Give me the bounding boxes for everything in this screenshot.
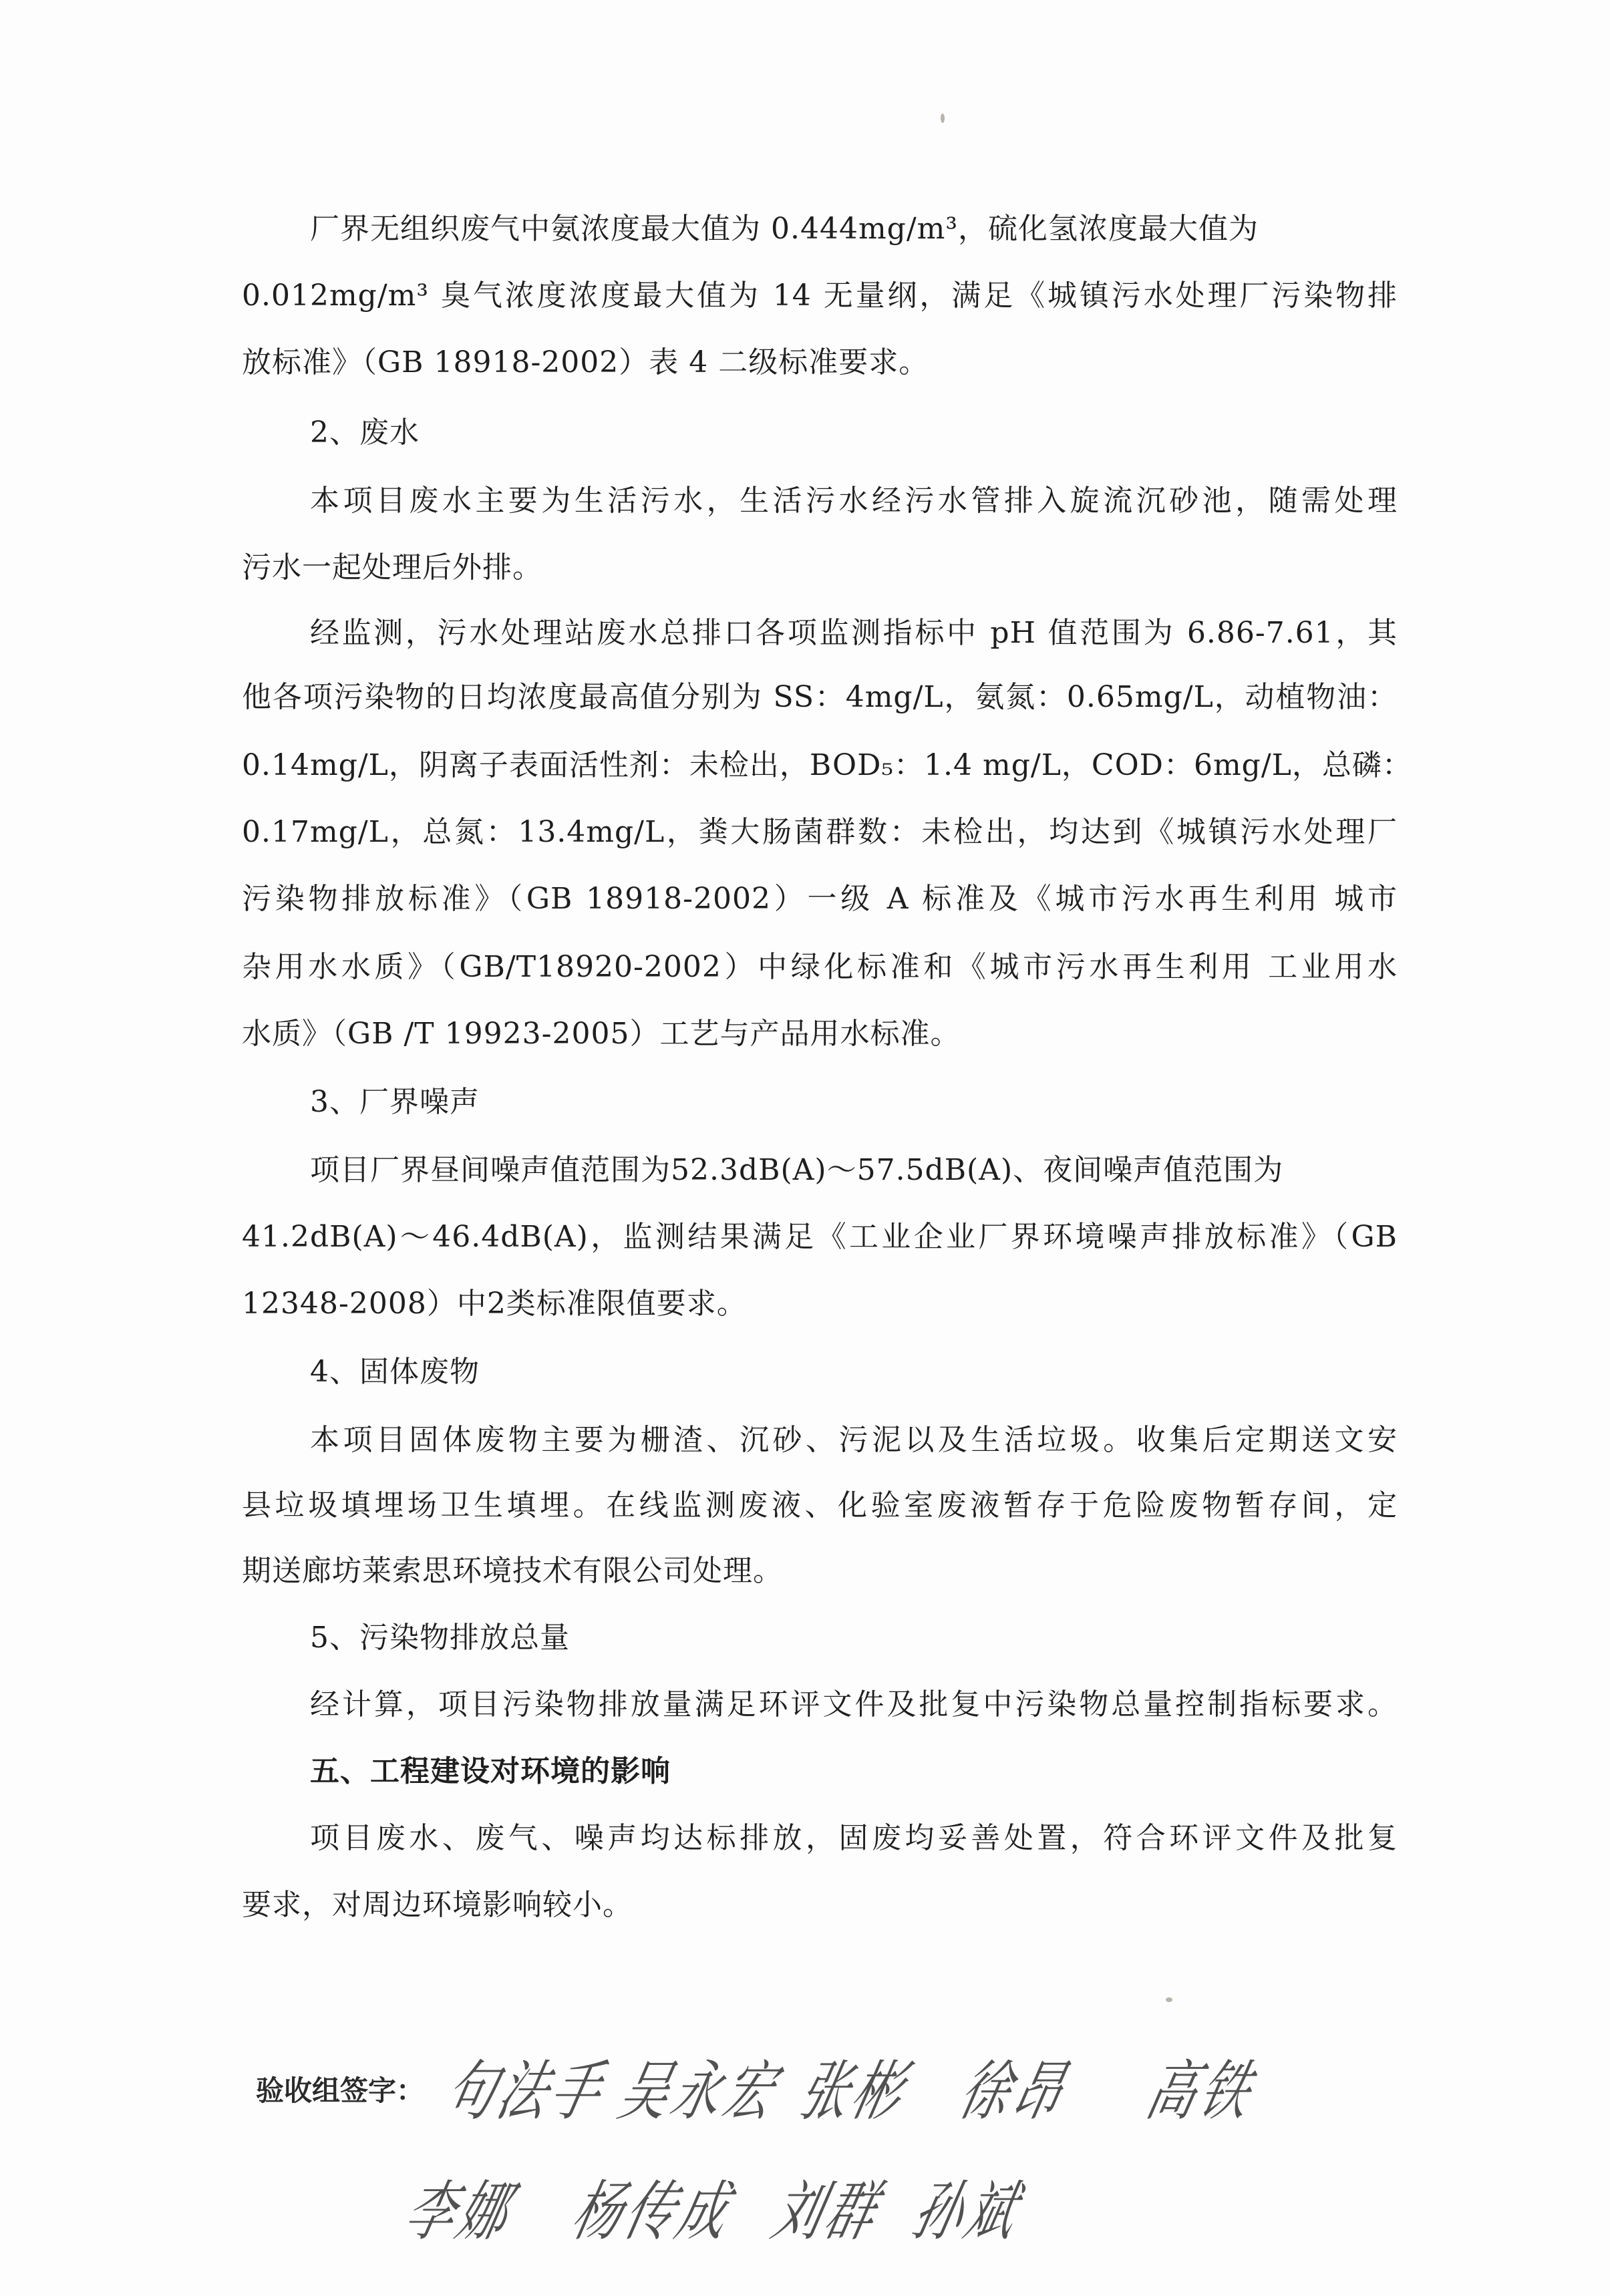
text-line: 5、污染物排放总量 bbox=[310, 1618, 570, 1658]
text-line: 他各项污染物的日均浓度最高值分别为 SS：4mg/L，氨氮：0.65mg/L，动… bbox=[242, 677, 1398, 717]
signature-label: 验收组签字： bbox=[256, 2070, 424, 2112]
text-line: 0.14mg/L，阴离子表面活性剂：未检出，BOD₅：1.4 mg/L，COD：… bbox=[242, 746, 1398, 786]
text-line: 经监测，污水处理站废水总排口各项监测指标中 pH 值范围为 6.86-7.61，… bbox=[310, 613, 1398, 653]
text-line: 污染物排放标准》（GB 18918-2002）一级 A 标准及《城市污水再生利用… bbox=[242, 879, 1398, 919]
scanned-document-page: 厂界无组织废气中氨浓度最大值为 0.444mg/m³，硫化氢浓度最大值为0.01… bbox=[0, 0, 1610, 2296]
text-line: 0.012mg/m³ 臭气浓度浓度最大值为 14 无量纲，满足《城镇污水处理厂污… bbox=[242, 276, 1398, 316]
text-line: 期送廊坊莱索思环境技术有限公司处理。 bbox=[242, 1551, 783, 1591]
text-line: 2、废水 bbox=[310, 413, 420, 453]
handwritten-signature: 李娜 bbox=[397, 2170, 522, 2252]
text-line: 经计算，项目污染物排放量满足环评文件及批复中污染物总量控制指标要求。 bbox=[310, 1685, 1398, 1725]
text-line: 项目废水、废气、噪声均达标排放，固废均妥善处置，符合环评文件及批复 bbox=[310, 1818, 1398, 1858]
text-line: 五、工程建设对环境的影响 bbox=[310, 1752, 671, 1792]
text-line: 3、厂界噪声 bbox=[310, 1082, 480, 1122]
text-line: 项目厂界昼间噪声值范围为52.3dB(A)～57.5dB(A)、夜间噪声值范围为 bbox=[310, 1150, 1283, 1190]
text-line: 0.17mg/L，总氮：13.4mg/L，粪大肠菌群数：未检出，均达到《城镇污水… bbox=[242, 812, 1398, 852]
text-line: 本项目固体废物主要为栅渣、沉砂、污泥以及生活垃圾。收集后定期送文安 bbox=[310, 1420, 1398, 1460]
text-line: 杂用水水质》（GB/T18920-2002）中绿化标准和《城市污水再生利用 工业… bbox=[242, 947, 1398, 987]
text-line: 4、固体废物 bbox=[310, 1352, 480, 1392]
text-line: 污水一起处理后外排。 bbox=[242, 548, 542, 588]
text-line: 放标准》（GB 18918-2002）表 4 二级标准要求。 bbox=[242, 343, 929, 383]
scan-speck bbox=[941, 114, 945, 123]
handwritten-signature: 张彬 bbox=[792, 2050, 916, 2132]
handwritten-signature: 孙斌 bbox=[905, 2170, 1029, 2252]
text-line: 12348-2008）中2类标准限值要求。 bbox=[242, 1284, 747, 1324]
handwritten-signature: 杨传成 bbox=[565, 2170, 741, 2252]
handwritten-signature: 句法手 bbox=[438, 2050, 614, 2132]
scan-speck bbox=[1166, 1997, 1172, 2002]
handwritten-signature: 徐昂 bbox=[952, 2050, 1076, 2132]
handwritten-signature: 吴永宏 bbox=[611, 2050, 788, 2132]
handwritten-signature: 刘群 bbox=[765, 2170, 889, 2252]
text-line: 厂界无组织废气中氨浓度最大值为 0.444mg/m³，硫化氢浓度最大值为 bbox=[310, 209, 1259, 249]
handwritten-signature: 高铁 bbox=[1139, 2050, 1263, 2132]
text-line: 本项目废水主要为生活污水，生活污水经污水管排入旋流沉砂池，随需处理 bbox=[310, 481, 1398, 521]
text-line: 41.2dB(A)～46.4dB(A)，监测结果满足《工业企业厂界环境噪声排放标… bbox=[242, 1217, 1398, 1257]
text-line: 要求，对周边环境影响较小。 bbox=[242, 1885, 633, 1925]
text-line: 县垃圾填埋场卫生填埋。在线监测废液、化验室废液暂存于危险废物暂存间，定 bbox=[242, 1486, 1398, 1526]
text-line: 水质》（GB /T 19923-2005）工艺与产品用水标准。 bbox=[242, 1014, 960, 1054]
